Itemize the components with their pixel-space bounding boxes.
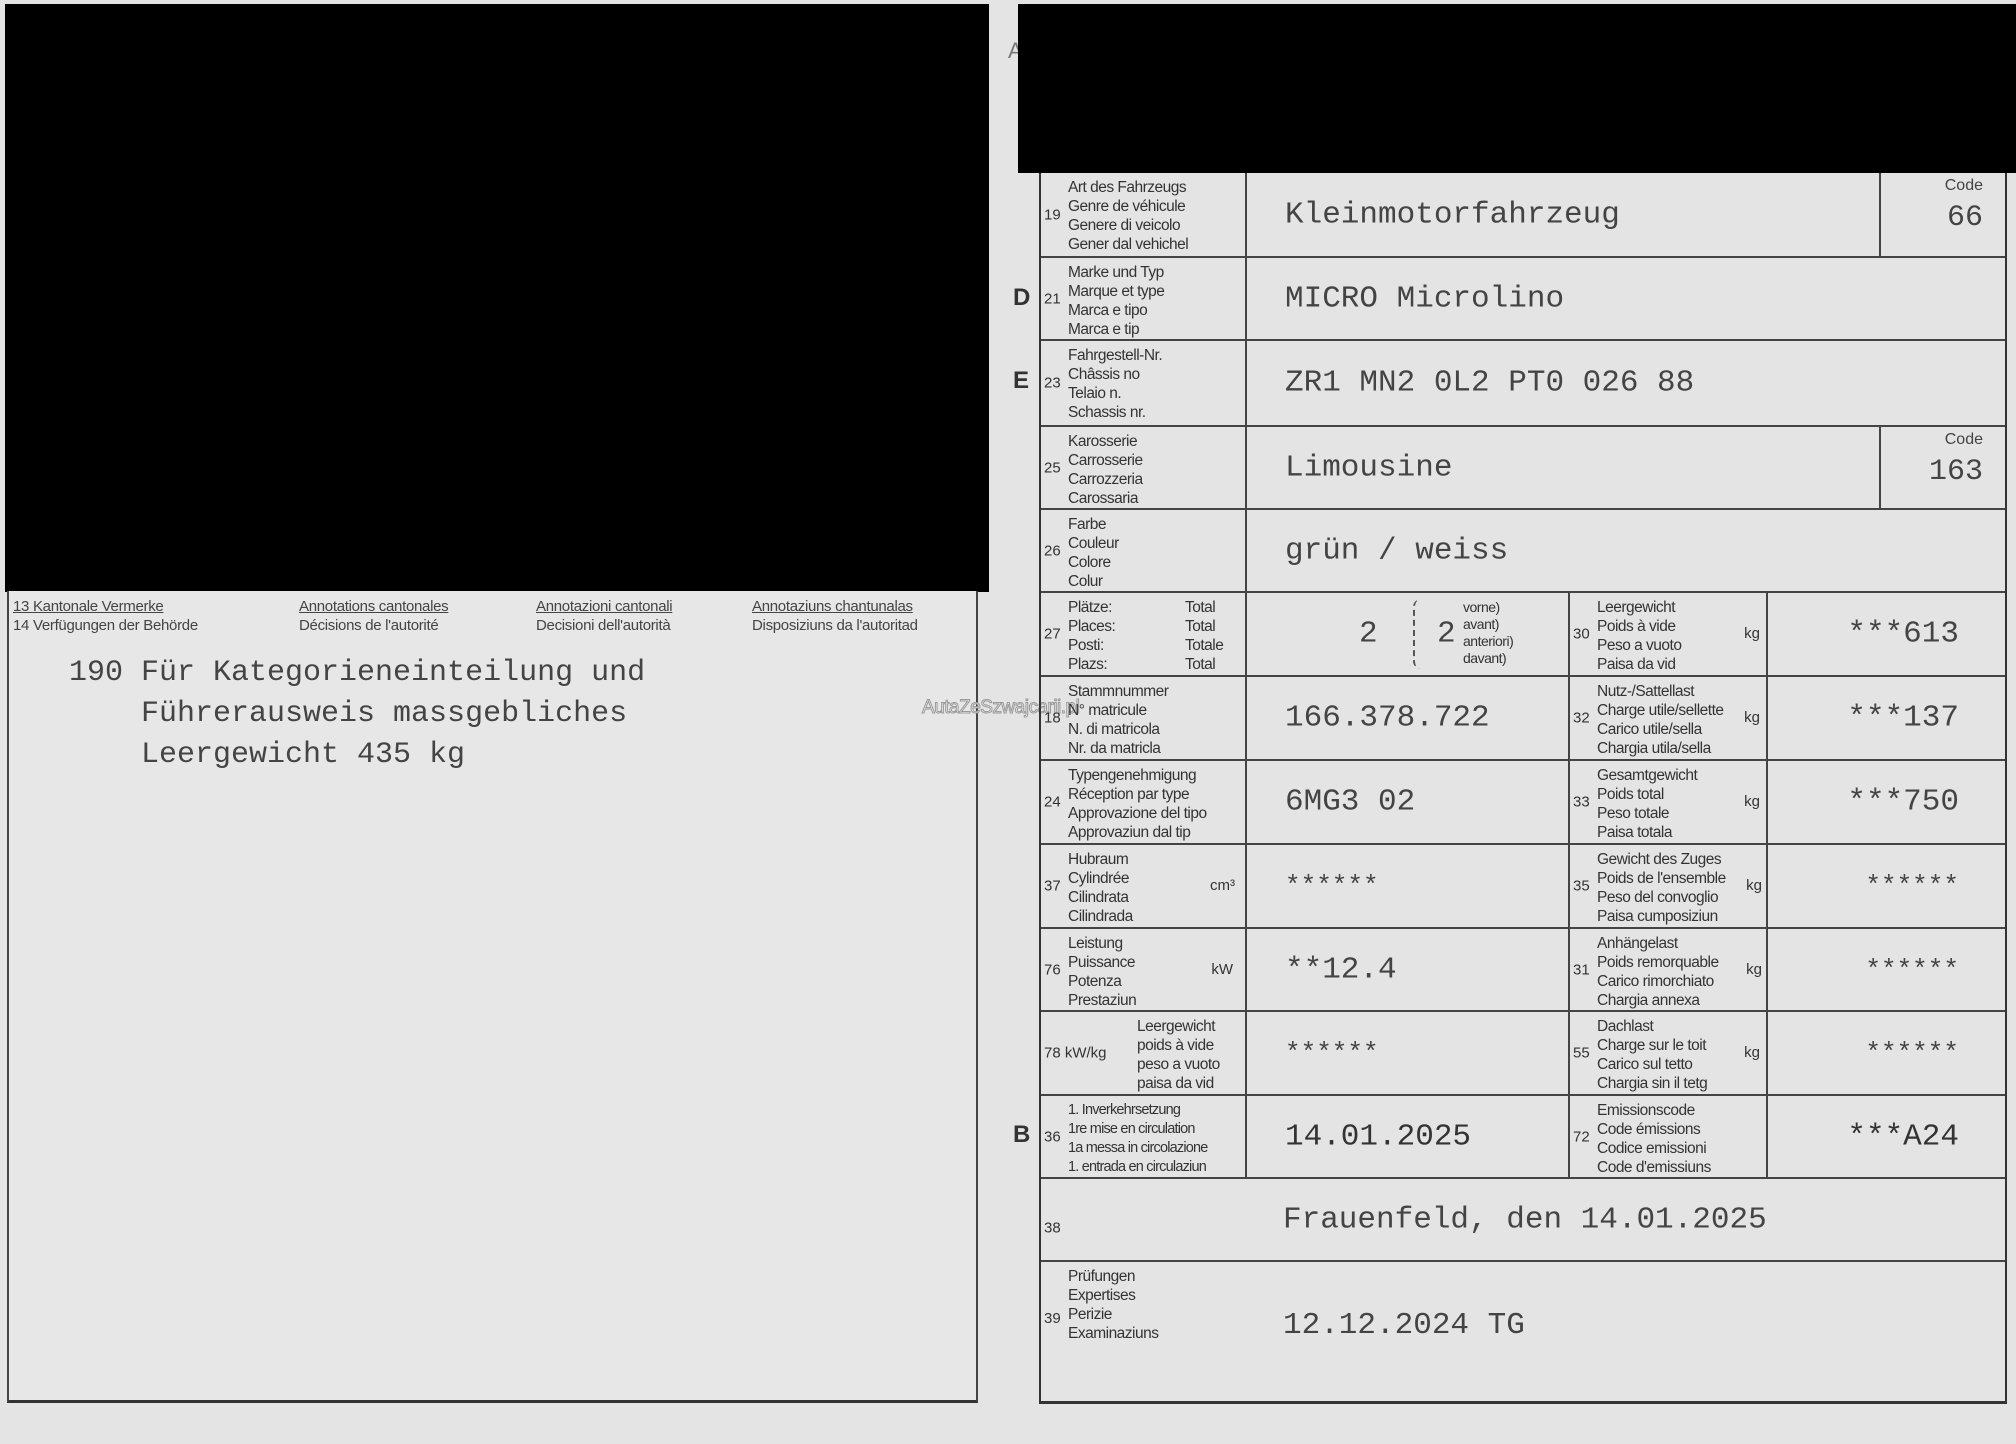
label-de: Stammnummer [1068,682,1168,701]
label-it: Peso a vuoto [1597,636,1681,655]
label-fr: Poids remorquable [1597,953,1719,972]
label-cell: 33 Gesamtgewicht Poids total Peso totale… [1568,761,1766,843]
label-it: Carico sul tetto [1597,1055,1707,1074]
row-power-ratio-roof-load: 78 kW/kg Leergewicht poids à vide peso a… [1041,1012,2005,1096]
side-letter-e: E [1013,367,1029,395]
first-registration-value: 14.01.2025 [1285,1119,1471,1154]
field-labels: Marke und Typ Marque et type Marca e tip… [1068,263,1164,339]
field-labels: Nutz-/Sattellast Charge utile/sellette C… [1597,682,1724,758]
field-labels: Art des Fahrzeugs Genre de véhicule Gene… [1068,178,1188,254]
front-rm: davant) [1463,650,1513,667]
field-number: 23 [1044,375,1061,392]
label-de: Farbe [1068,515,1119,534]
label-cell: 24 Typengenehmigung Réception par type A… [1041,761,1245,843]
label-rm: Paisa cumposiziun [1597,907,1726,926]
value-cell: ****** [1245,845,1568,927]
total-weight-value: ***750 [1847,785,1959,820]
annotations-header: 13 Kantonale Vermerke 14 Verfügungen der… [9,597,976,637]
field-number: 72 [1573,1128,1590,1145]
label-rm: Cilindrada [1068,907,1133,926]
redacted-block-left [5,4,989,592]
unit: kg [1744,1044,1760,1061]
label-rm: Carossaria [1068,489,1143,508]
label-fr: poids à vide [1137,1036,1220,1055]
unit: kg [1746,961,1762,978]
row-color: 26 Farbe Couleur Colore Colur grün / wei… [1041,510,2005,593]
label-de: Leistung [1068,934,1136,953]
value-cell: ****** [1766,1012,2005,1094]
value-cell: Limousine Code 163 [1245,427,2005,508]
front-de: vorne) [1463,599,1513,616]
unit: kg [1744,625,1760,642]
label-rm: Paisa da vid [1597,655,1681,674]
label-cell: 38 [1041,1179,1245,1260]
value-cell: grün / weiss [1245,510,2005,591]
inspection-value: 12.12.2024 TG [1283,1308,1525,1343]
field-number: 19 [1044,206,1061,223]
brace-icon [1413,599,1423,669]
label-fr: Réception par type [1068,785,1207,804]
label-fr: Places: [1068,617,1115,636]
label-de: Leergewicht [1597,598,1681,617]
label-it: Colore [1068,553,1119,572]
field-number: 32 [1573,710,1590,727]
power-value: **12.4 [1285,952,1397,987]
label-rm: Nr. da matricla [1068,739,1168,758]
field-labels: Farbe Couleur Colore Colur [1068,515,1119,591]
field-number: 76 [1044,961,1061,978]
label-fr: Code émissions [1597,1120,1711,1139]
chassis-number-value: ZR1 MN2 0L2 PT0 026 88 [1285,366,1694,401]
label-rm: paisa da vid [1137,1074,1220,1093]
unit: kg [1744,709,1760,726]
label-fr: Carrosserie [1068,451,1143,470]
label-de: Gewicht des Zuges [1597,850,1726,869]
side-letter-d: D [1013,284,1030,312]
label-fr: Charge utile/sellette [1597,701,1724,720]
value-cell: **12.4 [1245,929,1568,1010]
field-labels: Leergewicht Poids à vide Peso a vuoto Pa… [1597,598,1681,674]
row-first-registration-emission: 36 1. Inverkehrsetzung 1re mise en circu… [1041,1096,2005,1179]
label-de: Typengenehmigung [1068,766,1207,785]
row-place-date: 38 Frauenfeld, den 14.01.2025 [1041,1179,2005,1262]
payload-value: ***137 [1847,701,1959,736]
code-label: Code [1945,177,1983,195]
label-fr: Couleur [1068,534,1119,553]
row-inspections: 39 Prüfungen Expertises Perizie Examinaz… [1041,1262,2005,1401]
field-number: 27 [1044,626,1061,643]
label-rm: Gener dal vehichel [1068,235,1188,254]
front-fr: avant) [1463,616,1513,633]
row-power-towing-weight: 76 Leistung Puissance Potenza Prestaziun… [1041,929,2005,1012]
label-cell: 37 Hubraum Cylindrée Cilindrata Cilindra… [1041,845,1245,927]
header-de-line1: 13 Kantonale Vermerke [13,597,198,616]
value-cell: 14.01.2025 [1245,1096,1568,1177]
code-label: Code [1945,431,1983,449]
field-number: 21 [1044,290,1061,307]
empty-weight-value: ***613 [1847,617,1959,652]
master-number-value: 166.378.722 [1285,701,1490,736]
body-type-code: 163 [1929,455,1983,489]
header-col-romansh: Annotaziuns chantunalas Disposiziuns da … [752,597,918,635]
label-cell: 39 Prüfungen Expertises Perizie Examinaz… [1041,1262,1245,1401]
field-number: 33 [1573,794,1590,811]
label-fr: Poids à vide [1597,617,1681,636]
label-it: Peso totale [1597,804,1697,823]
label-de: Marke und Typ [1068,263,1164,282]
row-chassis-number: 23 Fahrgestell-Nr. Châssis no Telaio n. … [1041,341,2005,427]
label-it: Approvazione del tipo [1068,804,1207,823]
label-de: Hubraum [1068,850,1133,869]
label-rm: Marca e tip [1068,320,1164,339]
label-cell: 19 Art des Fahrzeugs Genre de véhicule G… [1041,173,1245,256]
label-it: Genere di veicolo [1068,216,1188,235]
label-it: peso a vuoto [1137,1055,1220,1074]
label-de: Nutz-/Sattellast [1597,682,1724,701]
field-labels: Hubraum Cylindrée Cilindrata Cilindrada [1068,850,1133,926]
label-it: Perizie [1068,1305,1159,1324]
label-cell: 26 Farbe Couleur Colore Colur [1041,510,1245,591]
label-fr: Cylindrée [1068,869,1133,888]
label-rm: Chargia sin il tetg [1597,1074,1707,1093]
label-rm: Prestaziun [1068,991,1136,1010]
label-cell: 76 Leistung Puissance Potenza Prestaziun… [1041,929,1245,1010]
label-fr: Poids de l'ensemble [1597,869,1726,888]
total-de: Total [1185,598,1223,617]
field-number: 31 [1573,961,1590,978]
value-cell: ****** [1766,845,2005,927]
label-cell: 23 Fahrgestell-Nr. Châssis no Telaio n. … [1041,341,1245,425]
unit: kW [1211,961,1233,978]
label-de: Gesamtgewicht [1597,766,1697,785]
field-number: 25 [1044,459,1061,476]
label-it: Carrozzeria [1068,470,1143,489]
total-labels: Total Total Totale Total [1185,598,1223,674]
label-it: Posti: [1068,636,1115,655]
value-cell: 166.378.722 [1245,677,1568,759]
label-de: Art des Fahrzeugs [1068,178,1188,197]
field-number: 78 kW/kg [1044,1045,1107,1062]
value-cell: ***137 [1766,677,2005,759]
field-labels: 1. Inverkehrsetzung 1re mise en circulat… [1068,1101,1208,1177]
field-number: 18 [1044,710,1061,727]
field-number: 24 [1044,794,1061,811]
side-letter-b: B [1013,1121,1030,1149]
power-ratio-value: ****** [1285,1038,1379,1068]
value-cell: Kleinmotorfahrzeug Code 66 [1245,173,2005,256]
row-seats-empty-weight: 27 Plätze: Places: Posti: Plazs: Total T… [1041,593,2005,677]
header-de-line2: 14 Verfügungen der Behörde [13,616,198,635]
cantonal-annotations-panel: 13 Kantonale Vermerke 14 Verfügungen der… [7,591,978,1403]
place-date-value: Frauenfeld, den 14.01.2025 [1283,1202,1767,1237]
header-rm-line2: Disposiziuns da l'autoritad [752,616,918,635]
row-displacement-train-weight: 37 Hubraum Cylindrée Cilindrata Cilindra… [1041,845,2005,929]
field-labels: Prüfungen Expertises Perizie Examinaziun… [1068,1267,1159,1343]
label-it: Carico utile/sella [1597,720,1724,739]
field-number: 26 [1044,542,1061,559]
header-col-french: Annotations cantonales Décisions de l'au… [299,597,448,635]
front-it: anteriori) [1463,633,1513,650]
make-model-value: MICRO Microlino [1285,281,1564,316]
value-cell: MICRO Microlino [1245,258,2005,339]
total-rm: Total [1185,655,1223,674]
seats-value-cell: 2 2 vorne) avant) anteriori) davant) [1245,593,1568,675]
front-labels: vorne) avant) anteriori) davant) [1463,599,1513,667]
value-cell: ****** [1766,929,2005,1010]
label-it: Cilindrata [1068,888,1133,907]
label-cell: 21 Marke und Typ Marque et type Marca e … [1041,258,1245,339]
label-rm: Examinaziuns [1068,1324,1159,1343]
label-cell: 25 Karosserie Carrosserie Carrozzeria Ca… [1041,427,1245,508]
field-number: 35 [1573,878,1590,895]
type-approval-value: 6MG3 02 [1285,785,1415,820]
total-it: Totale [1185,636,1223,655]
unit: kg [1746,877,1762,894]
field-labels: Plätze: Places: Posti: Plazs: [1068,598,1115,674]
total-fr: Total [1185,617,1223,636]
row-body-type: 25 Karosserie Carrosserie Carrozzeria Ca… [1041,427,2005,510]
value-cell: ***613 [1766,593,2005,675]
label-de: Karosserie [1068,432,1143,451]
header-fr-line1: Annotations cantonales [299,597,448,616]
header-col-italian: Annotazioni cantonali Decisioni dell'aut… [536,597,672,635]
code-box: Code 163 [1879,427,2005,508]
label-fr: Expertises [1068,1286,1159,1305]
label-fr: Châssis no [1068,365,1162,384]
label-fr: Marque et type [1068,282,1164,301]
label-cell: 36 1. Inverkehrsetzung 1re mise en circu… [1041,1096,1245,1177]
label-cell: 78 kW/kg Leergewicht poids à vide peso a… [1041,1012,1245,1094]
label-de: Fahrgestell-Nr. [1068,346,1162,365]
label-de: 1. Inverkehrsetzung [1068,1101,1208,1120]
field-labels: Leistung Puissance Potenza Prestaziun [1068,934,1136,1010]
label-it: Marca e tipo [1068,301,1164,320]
vehicle-registration-table: 19 Art des Fahrzeugs Genre de véhicule G… [1039,173,2007,1404]
field-number: 39 [1044,1310,1061,1327]
row-vehicle-type: 19 Art des Fahrzeugs Genre de véhicule G… [1041,173,2005,258]
displacement-value: ****** [1285,871,1379,901]
label-de: Emissionscode [1597,1101,1711,1120]
unit: cm³ [1210,877,1235,894]
label-cell: 18 Stammnummer N° matricule N. di matric… [1041,677,1245,759]
label-rm: Paisa totala [1597,823,1697,842]
annotation-note: 190 Für Kategorieneinteilung und Führera… [69,653,645,776]
field-labels: Dachlast Charge sur le toit Carico sul t… [1597,1017,1707,1093]
label-it: Peso del convoglio [1597,888,1726,907]
label-rm: Chargia utila/sella [1597,739,1724,758]
field-number: 36 [1044,1128,1061,1145]
label-de: Dachlast [1597,1017,1707,1036]
label-cell: 30 Leergewicht Poids à vide Peso a vuoto… [1568,593,1766,675]
header-it-line2: Decisioni dell'autorità [536,616,672,635]
header-fr-line2: Décisions de l'autorité [299,616,448,635]
value-cell: ****** [1245,1012,1568,1094]
emission-code-value: ***A24 [1847,1119,1959,1154]
label-fr: Puissance [1068,953,1136,972]
vehicle-type-code: 66 [1947,201,1983,235]
label-de: Leergewicht [1137,1017,1220,1036]
header-it-line1: Annotazioni cantonali [536,597,672,616]
train-weight-value: ****** [1865,871,1959,901]
field-labels: Typengenehmigung Réception par type Appr… [1068,766,1207,842]
field-number: 55 [1573,1045,1590,1062]
roof-load-value: ****** [1865,1038,1959,1068]
label-cell: 55 Dachlast Charge sur le toit Carico su… [1568,1012,1766,1094]
body-type-value: Limousine [1285,450,1452,485]
label-de: Plätze: [1068,598,1115,617]
value-cell: 6MG3 02 [1245,761,1568,843]
field-labels: Karosserie Carrosserie Carrozzeria Caros… [1068,432,1143,508]
redacted-block-right [1018,4,2016,173]
label-it: Potenza [1068,972,1136,991]
field-labels: Fahrgestell-Nr. Châssis no Telaio n. Sch… [1068,346,1162,422]
row-type-approval-total-weight: 24 Typengenehmigung Réception par type A… [1041,761,2005,845]
field-number: 30 [1573,626,1590,643]
field-labels: Gewicht des Zuges Poids de l'ensemble Pe… [1597,850,1726,926]
value-cell: ***A24 [1766,1096,2005,1177]
label-cell: 31 Anhängelast Poids remorquable Carico … [1568,929,1766,1010]
label-it: Codice emissioni [1597,1139,1711,1158]
value-cell: ZR1 MN2 0L2 PT0 026 88 [1245,341,2005,425]
label-rm: 1. entrada en circulaziun [1068,1158,1208,1177]
field-labels: Anhängelast Poids remorquable Carico rim… [1597,934,1719,1010]
label-fr: 1re mise en circulation [1068,1120,1208,1139]
label-fr: N° matricule [1068,701,1168,720]
label-fr: Genre de véhicule [1068,197,1188,216]
value-cell: Frauenfeld, den 14.01.2025 [1245,1179,2005,1260]
header-col-german: 13 Kantonale Vermerke 14 Verfügungen der… [13,597,198,635]
value-cell: ***750 [1766,761,2005,843]
label-it: Telaio n. [1068,384,1162,403]
vehicle-type-value: Kleinmotorfahrzeug [1285,197,1620,232]
label-cell: 27 Plätze: Places: Posti: Plazs: Total T… [1041,593,1245,675]
unit: kg [1744,793,1760,810]
label-rm: Code d'emissiuns [1597,1158,1711,1177]
header-rm-line1: Annotaziuns chantunalas [752,597,918,616]
field-labels: Emissionscode Code émissions Codice emis… [1597,1101,1711,1177]
field-labels: Leergewicht poids à vide peso a vuoto pa… [1137,1017,1220,1093]
label-de: Anhängelast [1597,934,1719,953]
label-rm: Colur [1068,572,1119,591]
field-labels: Stammnummer N° matricule N. di matricola… [1068,682,1168,758]
row-make-model: 21 Marke und Typ Marque et type Marca e … [1041,258,2005,341]
label-it: 1a messa in circolazione [1068,1139,1208,1158]
field-number: 38 [1044,1219,1061,1236]
label-rm: Chargia annexa [1597,991,1719,1010]
seats-front-value: 2 [1437,617,1456,652]
towing-weight-value: ****** [1865,955,1959,985]
label-rm: Approvaziun dal tip [1068,823,1207,842]
field-labels: Gesamtgewicht Poids total Peso totale Pa… [1597,766,1697,842]
label-cell: 32 Nutz-/Sattellast Charge utile/sellett… [1568,677,1766,759]
label-it: N. di matricola [1068,720,1168,739]
label-de: Prüfungen [1068,1267,1159,1286]
label-cell: 35 Gewicht des Zuges Poids de l'ensemble… [1568,845,1766,927]
label-rm: Schassis nr. [1068,403,1162,422]
code-box: Code 66 [1879,173,2005,256]
label-it: Carico rimorchiato [1597,972,1719,991]
color-value: grün / weiss [1285,533,1508,568]
field-number: 37 [1044,878,1061,895]
label-cell: 72 Emissionscode Code émissions Codice e… [1568,1096,1766,1177]
value-cell: 12.12.2024 TG [1245,1262,2005,1401]
label-fr: Charge sur le toit [1597,1036,1707,1055]
label-rm: Plazs: [1068,655,1115,674]
row-registration-payload: 18 Stammnummer N° matricule N. di matric… [1041,677,2005,761]
seats-total-value: 2 [1359,617,1378,652]
label-fr: Poids total [1597,785,1697,804]
